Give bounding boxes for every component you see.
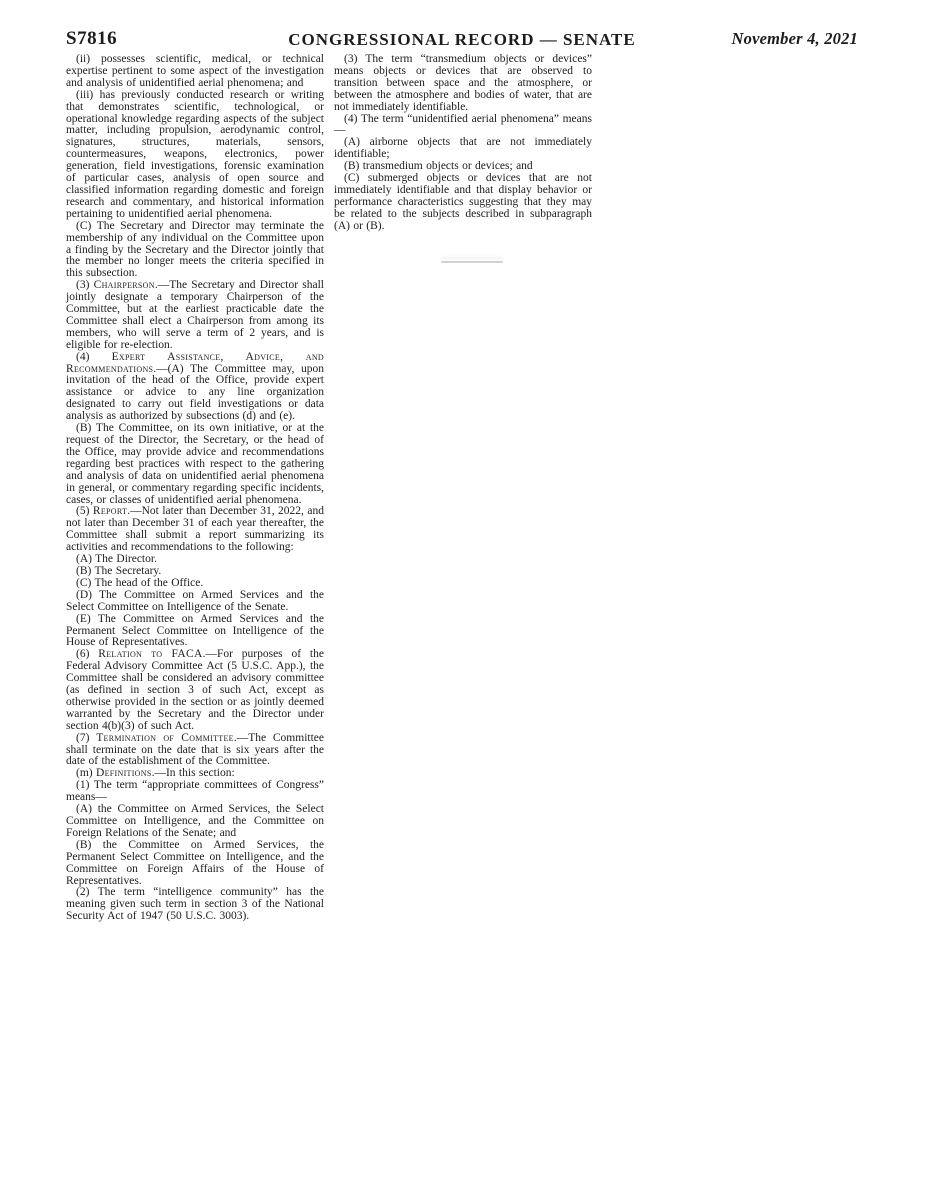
paragraph-text: (A) The Director. (76, 553, 157, 565)
paragraph: (C) submerged objects or devices that ar… (334, 173, 592, 233)
paragraph: (A) airborne objects that are not immedi… (334, 137, 592, 161)
scan-artifact (441, 261, 503, 263)
paragraph-text: (5) (76, 505, 93, 517)
paragraph: (B) the Committee on Armed Services, the… (66, 840, 324, 888)
paragraph: (4) Expert Assistance, Advice, and Recom… (66, 352, 324, 423)
page-date: November 4, 2021 (732, 29, 858, 49)
paragraph: (E) The Committee on Armed Services and … (66, 614, 324, 650)
smallcaps-heading-text: Termination of Committee (96, 732, 234, 744)
paragraph: (6) Relation to FACA.—For purposes of th… (66, 649, 324, 732)
paragraph-text: (B) the Committee on Armed Services, the… (66, 839, 324, 887)
smallcaps-heading-text: Relation to FACA (98, 648, 202, 660)
paragraph: (2) The term “intelligence community” ha… (66, 887, 324, 923)
paragraph-text: (ii) possesses scientific, medical, or t… (66, 53, 324, 89)
paragraph-text: (D) The Committee on Armed Services and … (66, 589, 324, 613)
paragraph-text: (B) The Committee, on its own initiative… (66, 422, 324, 505)
paragraph: (7) Termination of Committee.—The Commit… (66, 733, 324, 769)
paragraph-text: (3) (76, 279, 94, 291)
paragraph: (ii) possesses scientific, medical, or t… (66, 54, 324, 90)
paragraph-text: (iii) has previously conducted research … (66, 89, 324, 220)
paragraph-text: (3) The term “transmedium objects or dev… (334, 53, 592, 113)
paragraph: (3) The term “transmedium objects or dev… (334, 54, 592, 114)
text-column: (3) The term “transmedium objects or dev… (334, 54, 592, 233)
smallcaps-heading-text: Report (93, 505, 127, 517)
text-column: (ii) possesses scientific, medical, or t… (66, 54, 324, 923)
paragraph-text: (7) (76, 732, 96, 744)
paragraph-text: (C) submerged objects or devices that ar… (334, 172, 592, 232)
paragraph-text: (A) the Committee on Armed Services, the… (66, 803, 324, 839)
smallcaps-heading-text: Definitions (96, 767, 152, 779)
masthead: S7816 CONGRESSIONAL RECORD — SENATE Nove… (66, 28, 858, 50)
smallcaps-heading-text: Chairperson (94, 279, 155, 291)
paragraph-text: (C) The Secretary and Director may termi… (66, 220, 324, 280)
paragraph: (1) The term “appropriate committees of … (66, 780, 324, 804)
paragraph: (5) Report.—Not later than December 31, … (66, 506, 324, 554)
paragraph-text: (4) (76, 351, 112, 363)
paragraph: (D) The Committee on Armed Services and … (66, 590, 324, 614)
paragraph-text: .—In this section: (152, 767, 235, 779)
paragraph-text: (B) transmedium objects or devices; and (344, 160, 533, 172)
congressional-record-page: S7816 CONGRESSIONAL RECORD — SENATE Nove… (0, 0, 927, 1200)
paragraph: (4) The term “unidentified aerial phenom… (334, 114, 592, 138)
paragraph-text: (C) The head of the Office. (76, 577, 203, 589)
paragraph-text: .—For purposes of the Federal Advisory C… (66, 648, 324, 731)
paragraph: (iii) has previously conducted research … (66, 90, 324, 221)
paragraph-text: (A) airborne objects that are not immedi… (334, 136, 592, 160)
paragraph-text: (B) The Secretary. (76, 565, 161, 577)
paragraph-text: (1) The term “appropriate committees of … (66, 779, 324, 803)
paragraph-text: (6) (76, 648, 98, 660)
paragraph-text: (4) The term “unidentified aerial phenom… (334, 113, 592, 137)
paragraph: (B) The Committee, on its own initiative… (66, 423, 324, 506)
paragraph: (A) the Committee on Armed Services, the… (66, 804, 324, 840)
paragraph: (3) Chairperson.—The Secretary and Direc… (66, 280, 324, 351)
paragraph-text: (m) (76, 767, 96, 779)
paragraph: (C) The Secretary and Director may termi… (66, 221, 324, 281)
paragraph-text: (E) The Committee on Armed Services and … (66, 613, 324, 649)
paragraph-text: (2) The term “intelligence community” ha… (66, 886, 324, 922)
